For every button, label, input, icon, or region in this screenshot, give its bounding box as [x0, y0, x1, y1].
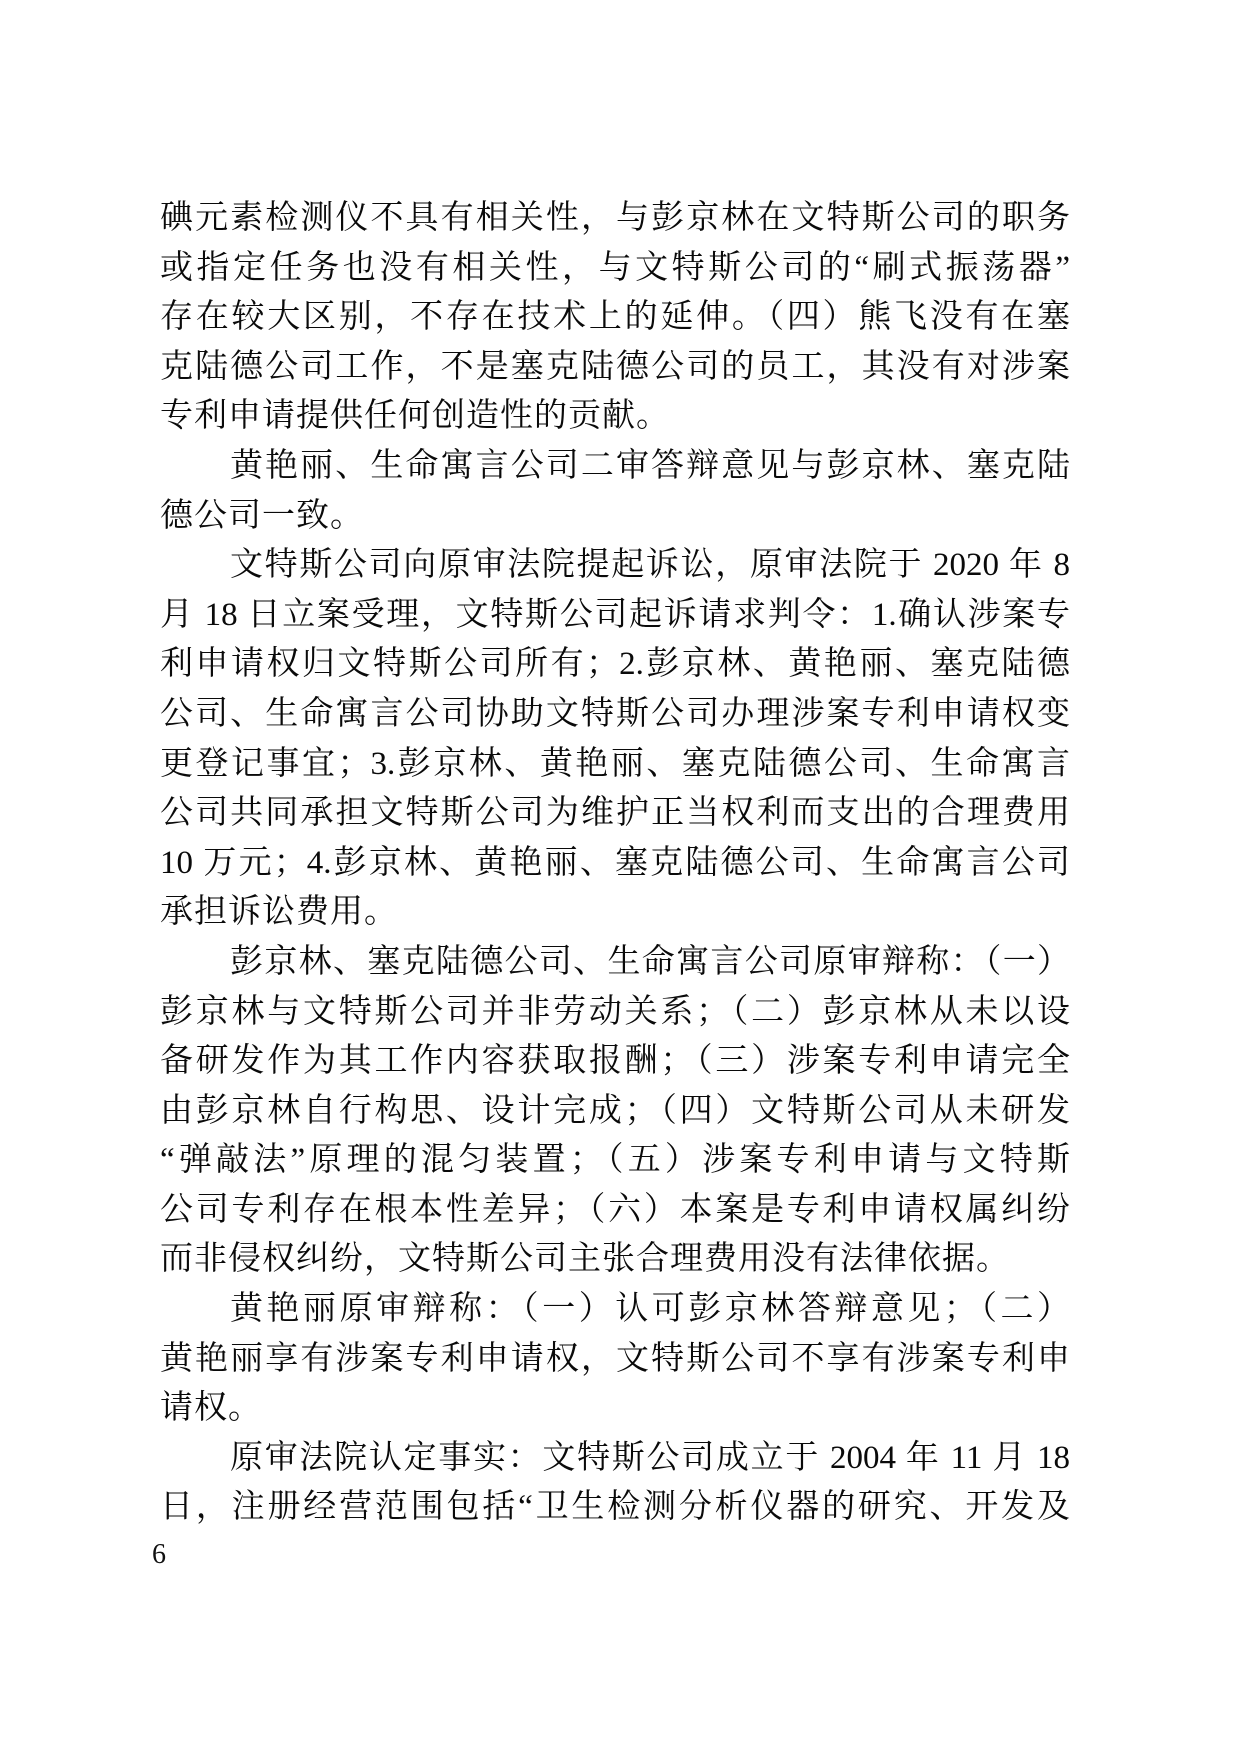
text-line: 利申请权归文特斯公司所有；2.彭京林、黄艳丽、塞克陆德 — [160, 640, 1070, 690]
text-line: 承担诉讼费用。 — [160, 888, 1070, 938]
text-line: 日，注册经营范围包括“卫生检测分析仪器的研究、开发及 — [160, 1483, 1070, 1533]
text-line: 黄艳丽享有涉案专利申请权，文特斯公司不享有涉案专利申 — [160, 1335, 1070, 1385]
text-line: 而非侵权纠纷，文特斯公司主张合理费用没有法律依据。 — [160, 1235, 1070, 1285]
text-line: 存在较大区别，不存在技术上的延伸。（四）熊飞没有在塞 — [160, 293, 1070, 343]
text-line: 彭京林、塞克陆德公司、生命寓言公司原审辩称：（一） — [160, 938, 1070, 988]
text-line: 彭京林与文特斯公司并非劳动关系；（二）彭京林从未以设 — [160, 988, 1070, 1038]
text-line: 文特斯公司向原审法院提起诉讼，原审法院于 2020 年 8 — [160, 541, 1070, 591]
text-line: 10 万元；4.彭京林、黄艳丽、塞克陆德公司、生命寓言公司 — [160, 839, 1070, 889]
text-line: 月 18 日立案受理，文特斯公司起诉请求判令：1.确认涉案专 — [160, 591, 1070, 641]
text-line: 碘元素检测仪不具有相关性，与彭京林在文特斯公司的职务 — [160, 194, 1070, 244]
text-line: 请权。 — [160, 1384, 1070, 1434]
text-line: 更登记事宜；3.彭京林、黄艳丽、塞克陆德公司、生命寓言 — [160, 740, 1070, 790]
text-line: 专利申请提供任何创造性的贡献。 — [160, 392, 1070, 442]
text-line: 公司专利存在根本性差异；（六）本案是专利申请权属纠纷 — [160, 1186, 1070, 1236]
document-lines: 碘元素检测仪不具有相关性，与彭京林在文特斯公司的职务或指定任务也没有相关性，与文… — [160, 194, 1070, 1533]
text-line: 黄艳丽、生命寓言公司二审答辩意见与彭京林、塞克陆 — [160, 442, 1070, 492]
text-line: 德公司一致。 — [160, 492, 1070, 542]
text-line: 原审法院认定事实：文特斯公司成立于 2004 年 11 月 18 — [160, 1434, 1070, 1484]
text-line: “弹敲法”原理的混匀装置；（五）涉案专利申请与文特斯 — [160, 1136, 1070, 1186]
page-number: 6 — [152, 1538, 166, 1572]
text-line: 备研发作为其工作内容获取报酬；（三）涉案专利申请完全 — [160, 1037, 1070, 1087]
text-line: 或指定任务也没有相关性，与文特斯公司的“刷式振荡器” — [160, 244, 1070, 294]
text-line: 克陆德公司工作，不是塞克陆德公司的员工，其没有对涉案 — [160, 343, 1070, 393]
text-line: 黄艳丽原审辩称：（一）认可彭京林答辩意见；（二） — [160, 1285, 1070, 1335]
text-line: 由彭京林自行构思、设计完成；（四）文特斯公司从未研发 — [160, 1087, 1070, 1137]
document-page: 碘元素检测仪不具有相关性，与彭京林在文特斯公司的职务或指定任务也没有相关性，与文… — [0, 0, 1240, 1754]
text-line: 公司、生命寓言公司协助文特斯公司办理涉案专利申请权变 — [160, 690, 1070, 740]
text-line: 公司共同承担文特斯公司为维护正当权利而支出的合理费用 — [160, 789, 1070, 839]
